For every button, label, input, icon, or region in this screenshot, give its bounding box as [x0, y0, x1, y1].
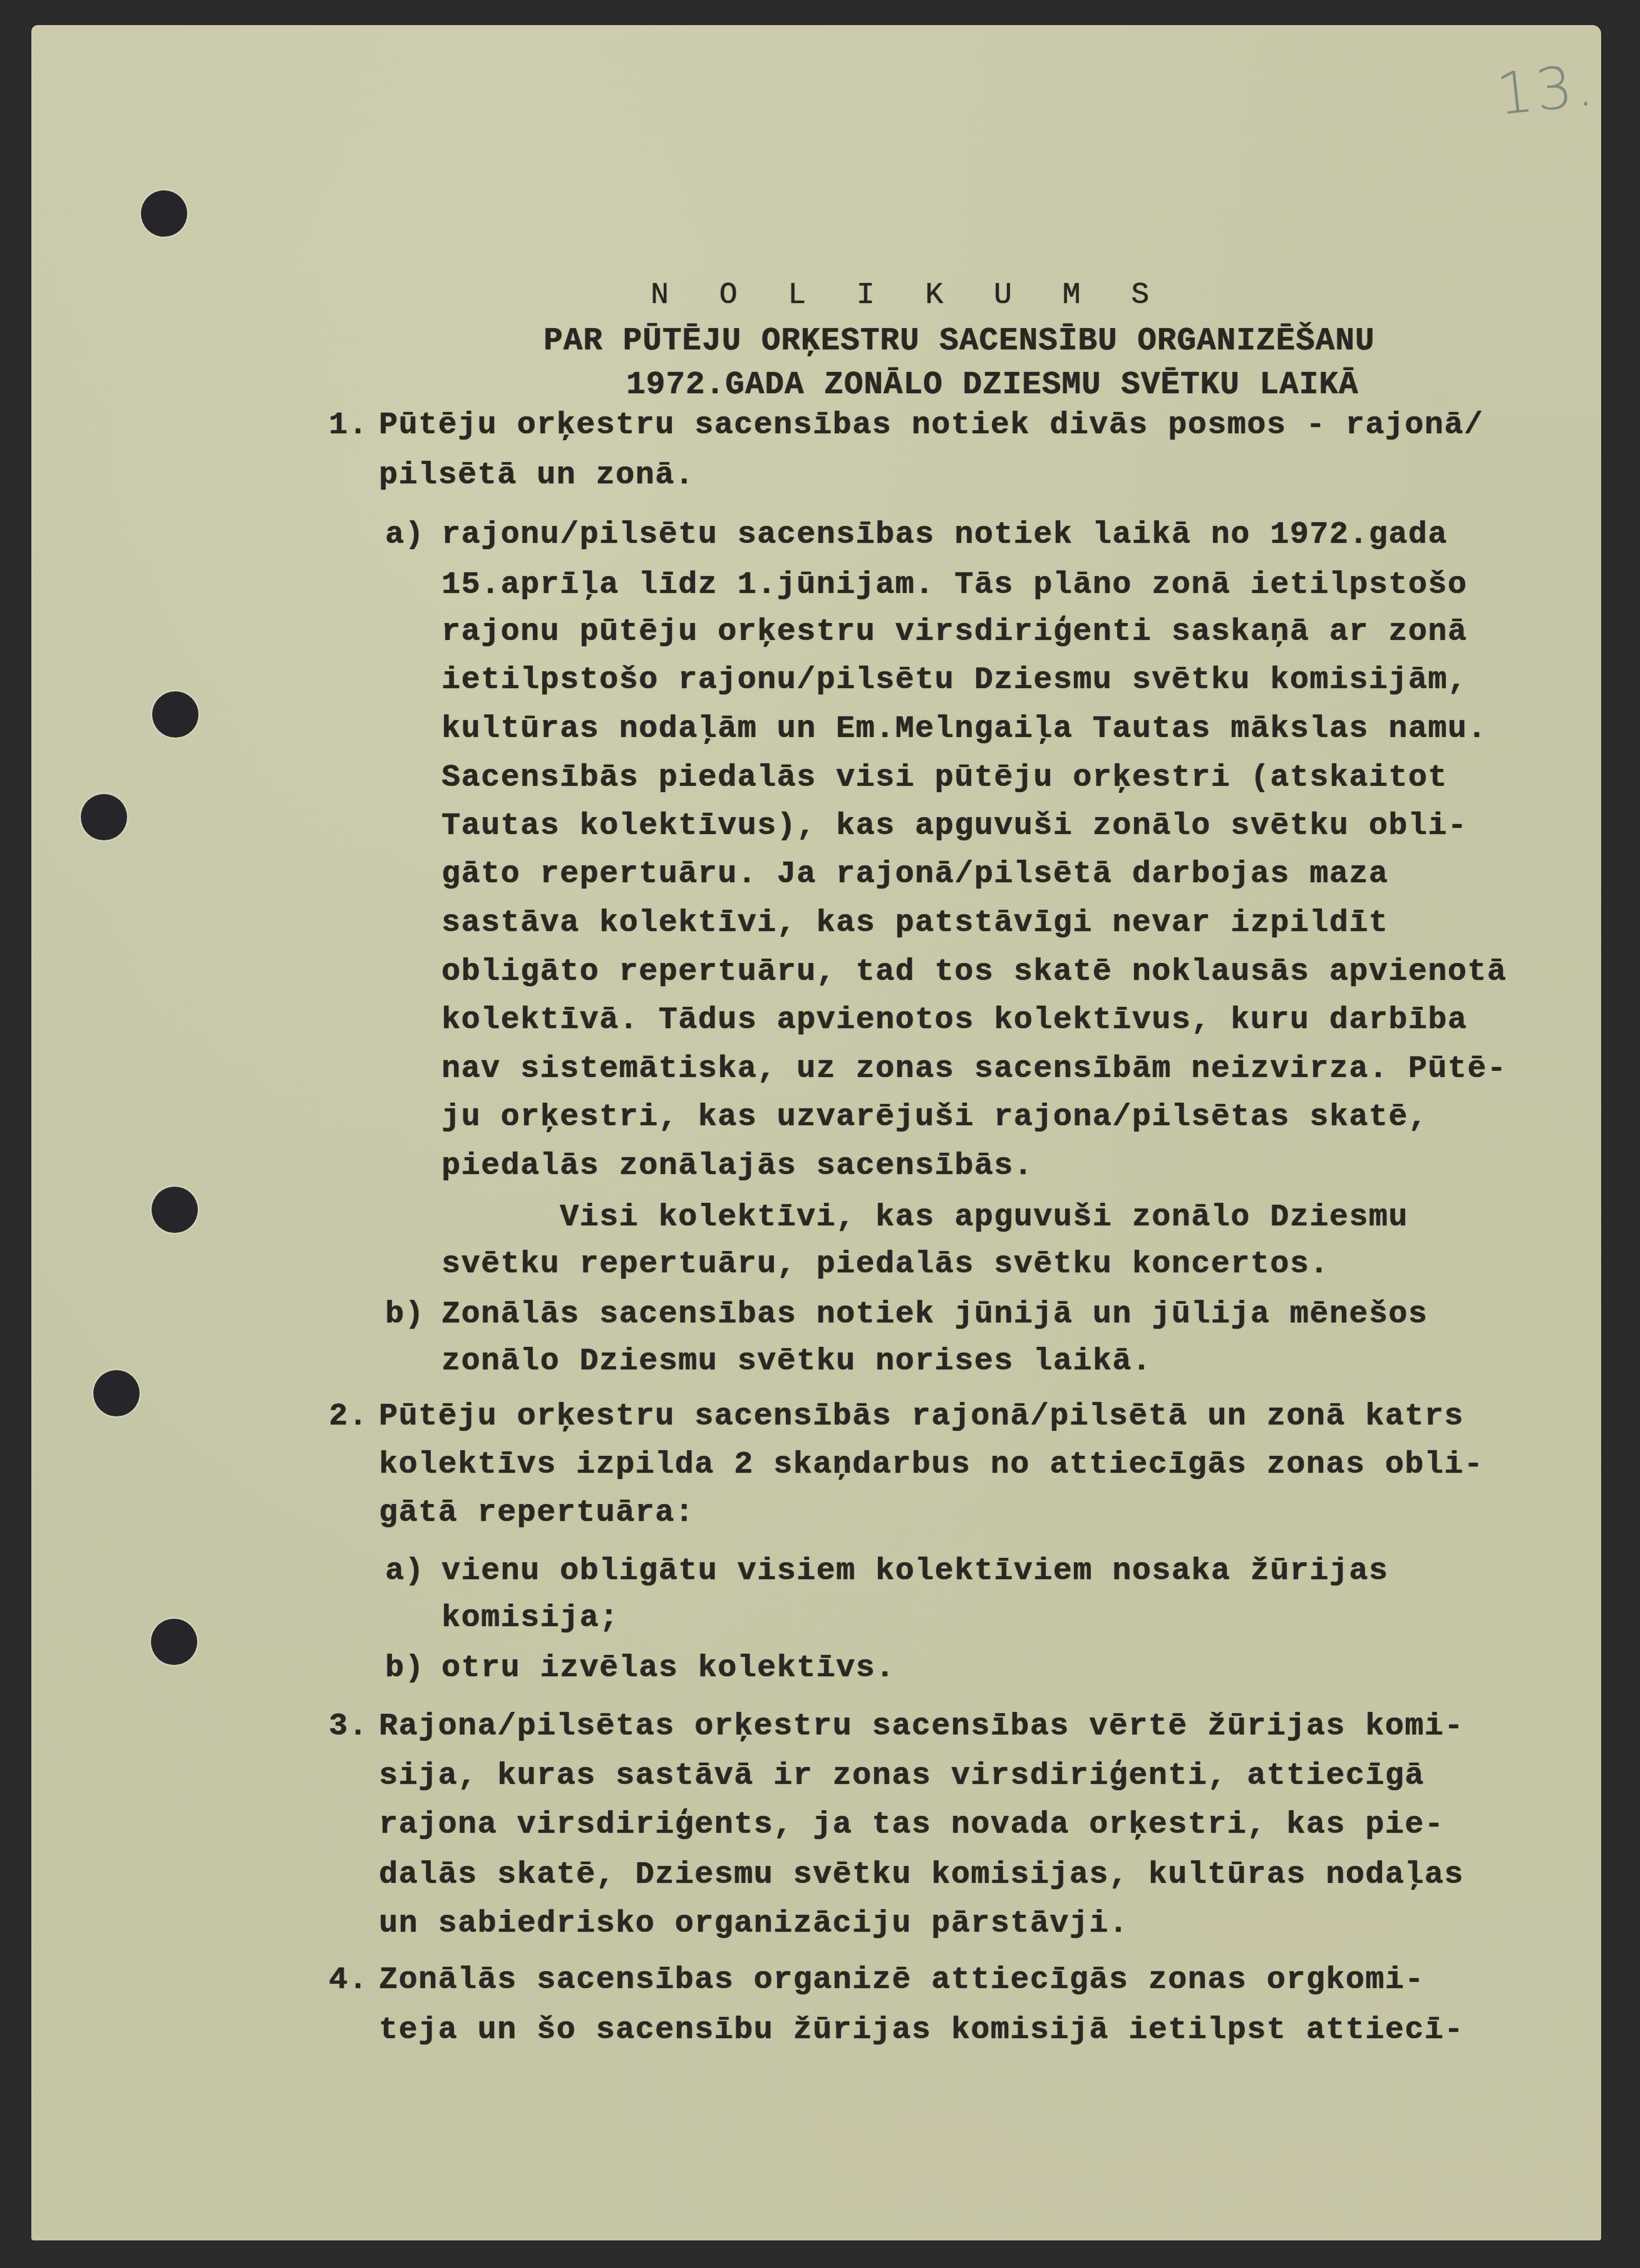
body-text-line: sastāva kolektīvi, kas patstāvīgi nevar …: [441, 908, 1388, 939]
punch-hole: [81, 794, 127, 840]
body-text-line: Rajona/pilsētas orķestru sacensības vērt…: [379, 1711, 1464, 1743]
body-text-line: Sacensībās piedalās visi pūtēju orķestri…: [441, 763, 1448, 794]
body-text-line: gātā repertuāra:: [379, 1498, 694, 1529]
body-text-line: sija, kuras sastāvā ir zonas virsdiriģen…: [379, 1761, 1425, 1792]
body-text-line: Zonālās sacensības notiek jūnijā un jūli…: [441, 1299, 1428, 1331]
body-text-line: piedalās zonālajās sacensībās.: [441, 1151, 1033, 1182]
punch-hole: [93, 1370, 140, 1416]
body-text-line: obligāto repertuāru, tad tos skatē nokla…: [441, 957, 1507, 988]
section-number: 2.: [329, 1401, 368, 1433]
body-text-line: dalās skatē, Dziesmu svētku komisijas, k…: [379, 1860, 1464, 1891]
body-text-line: 15.aprīļa līdz 1.jūnijam. Tās plāno zonā…: [441, 570, 1467, 601]
body-text-line: Pūtēju orķestru sacensības notiek divās …: [379, 410, 1483, 441]
body-text-line: Zonālās sacensības organizē attiecīgās z…: [379, 1965, 1425, 1996]
body-text-line: vienu obligātu visiem kolektīviem nosaka…: [441, 1556, 1388, 1587]
body-text-line: Pūtēju orķestru sacensībās rajonā/pilsēt…: [379, 1401, 1464, 1433]
punch-hole: [152, 691, 199, 738]
body-text-line: kultūras nodaļām un Em.Melngaiļa Tautas …: [441, 714, 1487, 745]
body-text-line: ju orķestri, kas uzvarējuši rajona/pilsē…: [441, 1102, 1428, 1133]
section-number: 3.: [329, 1711, 368, 1743]
body-text-line: otru izvēlas kolektīvs.: [441, 1653, 895, 1684]
body-text-line: teja un šo sacensību žūrijas komisijā ie…: [379, 2015, 1464, 2046]
section-number: 1.: [329, 410, 368, 441]
body-text-line: nav sistemātiska, uz zonas sacensībām ne…: [441, 1054, 1507, 1085]
punch-hole: [152, 1187, 198, 1233]
document-subtitle-line-2: 1972.GADA ZONĀLO DZIESMU SVĒTKU LAIKĀ: [626, 369, 1358, 401]
body-text-line: komisija;: [441, 1603, 619, 1634]
subsection-marker: b): [385, 1653, 425, 1684]
body-text-line: rajona virsdiriģents, ja tas novada orķe…: [379, 1810, 1444, 1841]
subsection-marker: b): [385, 1299, 425, 1331]
body-text-line: un sabiedrisko organizāciju pārstāvji.: [379, 1909, 1128, 1940]
body-text-line: rajonu pūtēju orķestru virsdiriģenti sas…: [441, 617, 1467, 648]
subsection-marker: a): [385, 1556, 425, 1587]
body-text-line: kolektīvā. Tādus apvienotos kolektīvus, …: [441, 1005, 1467, 1036]
body-text-line: Visi kolektīvi, kas apguvuši zonālo Dzie…: [441, 1202, 1408, 1234]
punch-hole: [141, 190, 187, 237]
subsection-marker: a): [385, 520, 425, 551]
handwritten-page-number: 13.: [1493, 51, 1599, 128]
document-subtitle-line-1: PAR PŪTĒJU ORĶESTRU SACENSĪBU ORGANIZĒŠA…: [544, 326, 1374, 358]
punch-hole: [151, 1619, 197, 1665]
body-text-line: pilsētā un zonā.: [379, 460, 694, 492]
document-title: N O L I K U M S: [626, 281, 1190, 311]
body-text-line: ietilpstošo rajonu/pilsētu Dziesmu svētk…: [441, 665, 1467, 696]
body-text-line: rajonu/pilsētu sacensības notiek laikā n…: [441, 520, 1448, 551]
body-text-line: Tautas kolektīvus), kas apguvuši zonālo …: [441, 811, 1467, 842]
body-text-line: gāto repertuāru. Ja rajonā/pilsētā darbo…: [441, 859, 1388, 890]
body-text-line: svētku repertuāru, piedalās svētku konce…: [441, 1249, 1329, 1281]
body-text-line: zonālo Dziesmu svētku norises laikā.: [441, 1346, 1152, 1378]
body-text-line: kolektīvs izpilda 2 skaņdarbus no attiec…: [379, 1450, 1483, 1481]
section-number: 4.: [329, 1965, 368, 1996]
